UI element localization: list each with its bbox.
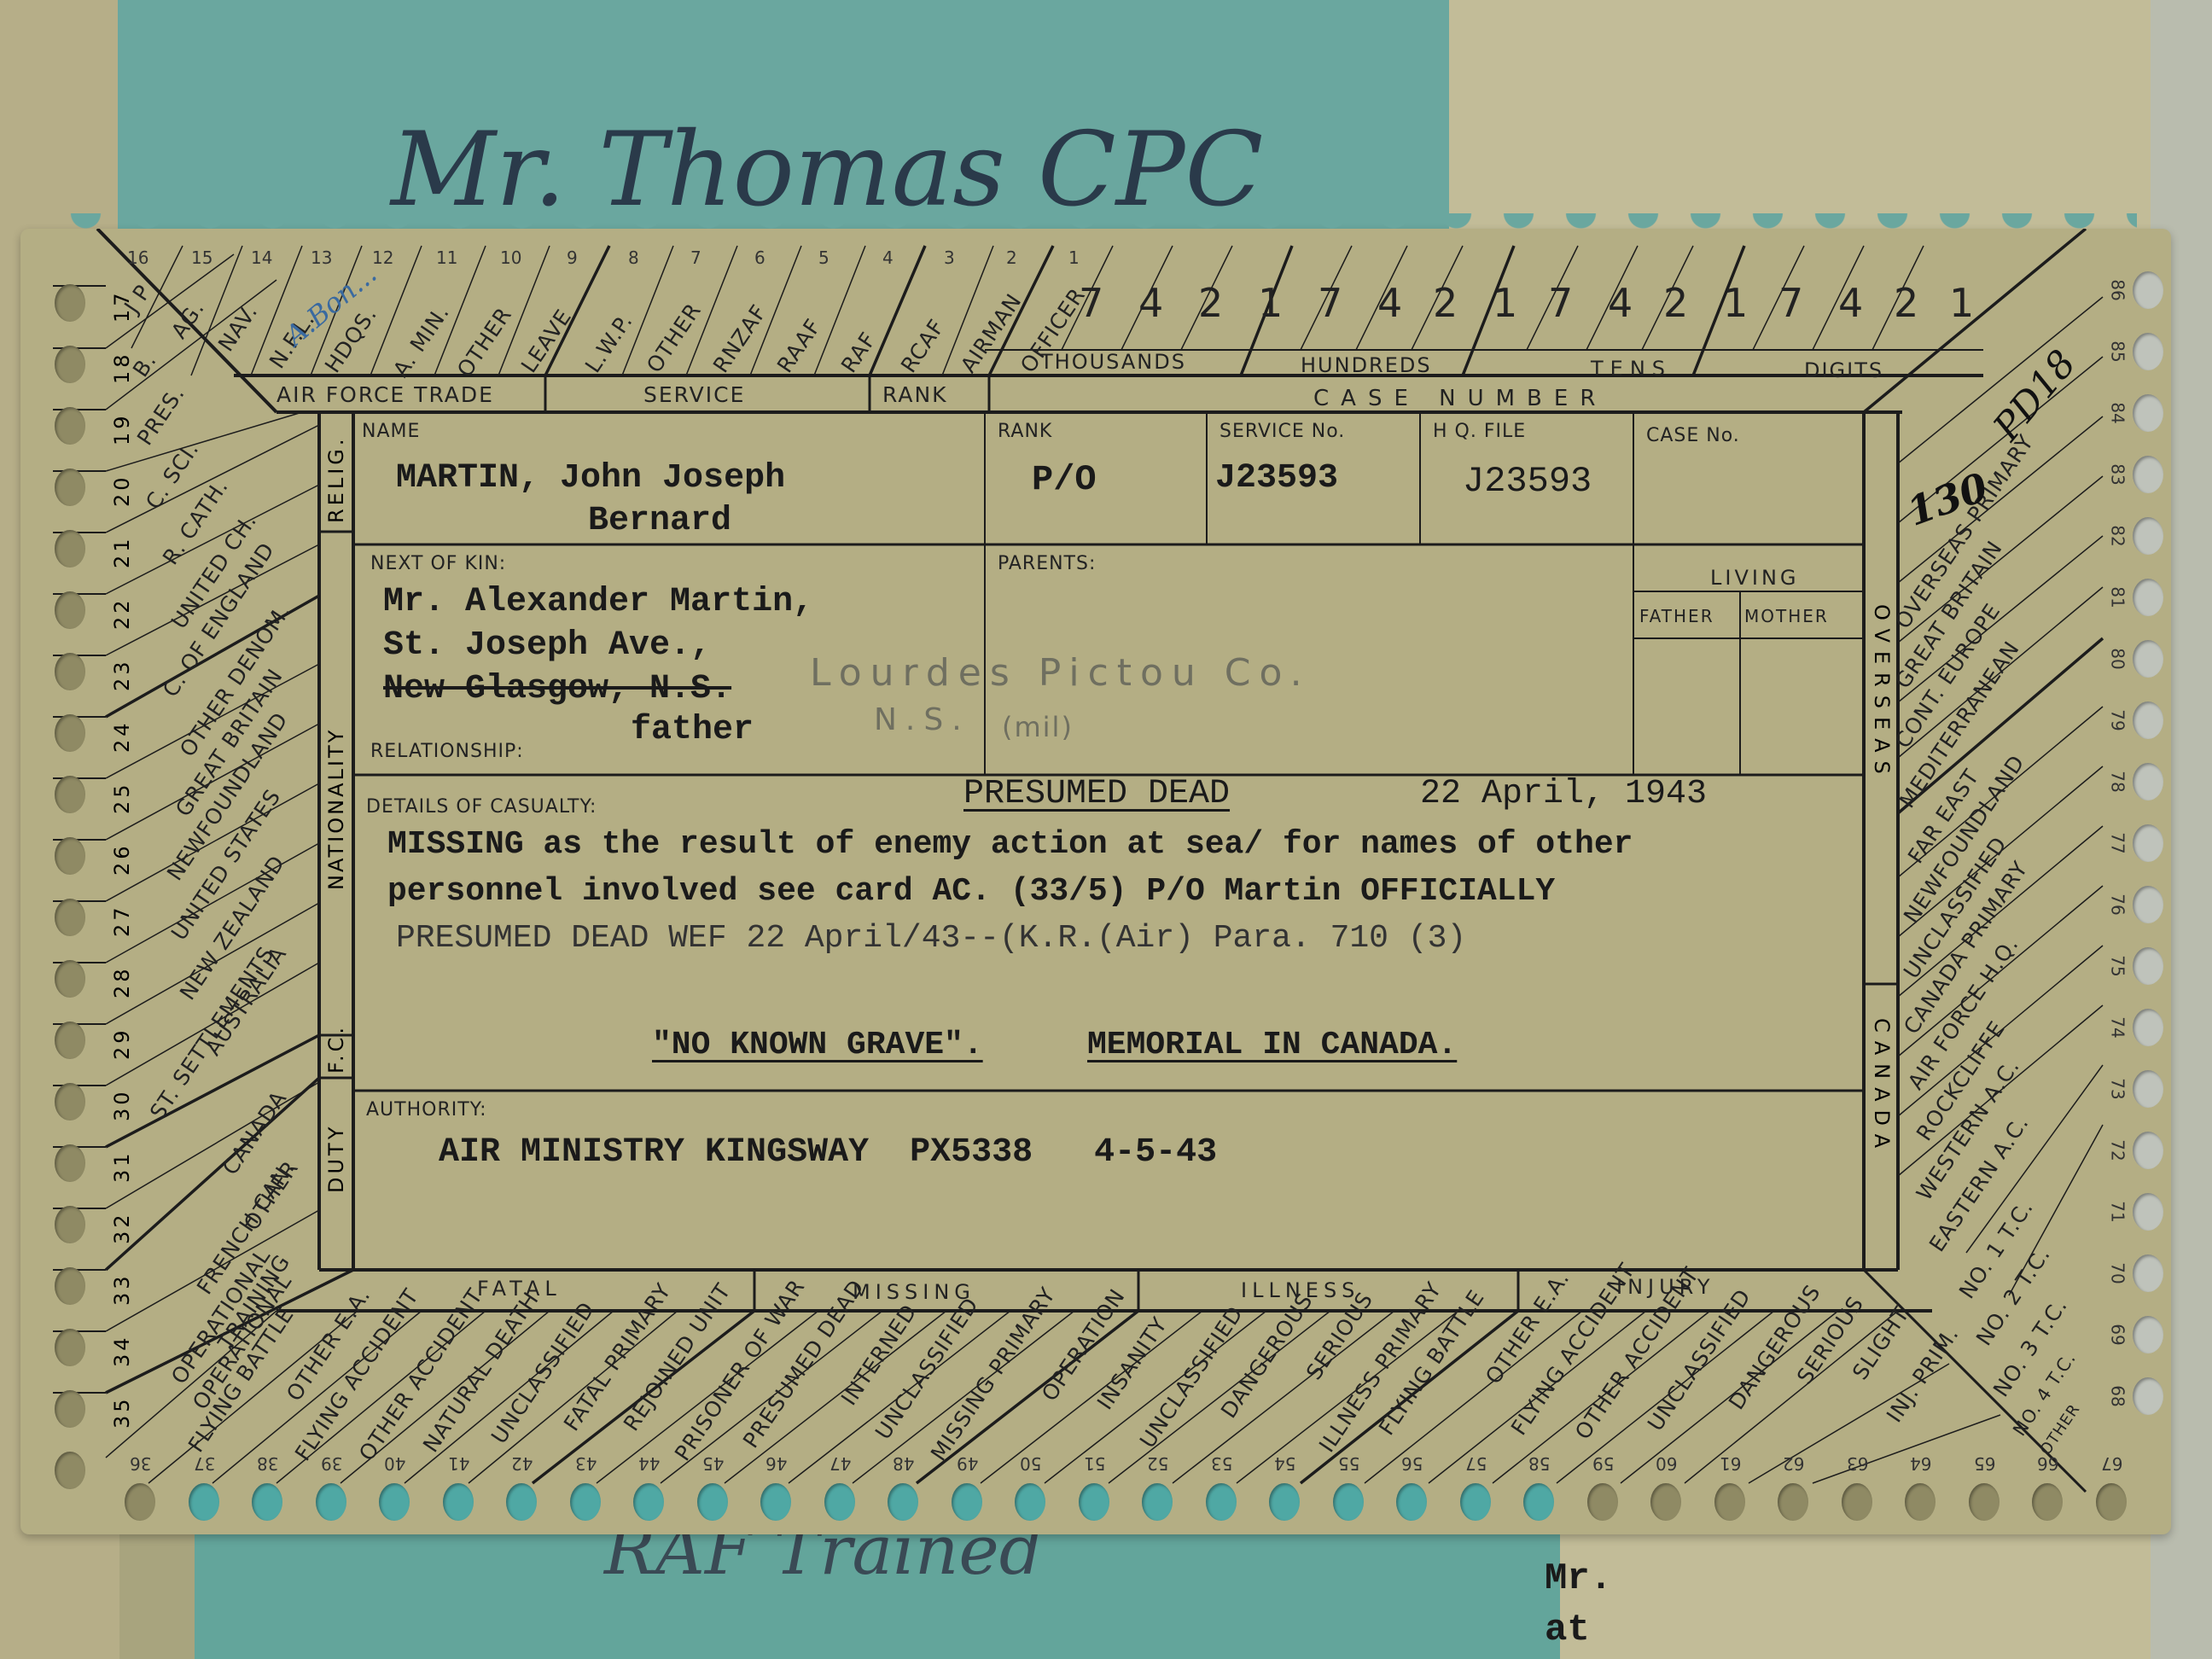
casualty-date: 22 April, 1943	[1420, 775, 1707, 813]
bottom-number: 47	[829, 1453, 851, 1474]
case-digit: 2	[1198, 280, 1223, 326]
punch-hole	[2133, 456, 2163, 493]
punch-hole	[1650, 1483, 1681, 1521]
punch-hole	[55, 284, 85, 322]
case-digit: 4	[1377, 280, 1402, 326]
punch-hole	[1587, 1483, 1618, 1521]
punch-hole	[1269, 1483, 1300, 1521]
punch-hole	[2096, 1483, 2127, 1521]
case-digit: 4	[1138, 280, 1163, 326]
right-number: 74	[2108, 1016, 2128, 1038]
punch-hole	[506, 1483, 537, 1521]
punch-hole	[1396, 1483, 1427, 1521]
punch-hole	[2133, 640, 2163, 678]
punch-hole	[55, 1267, 85, 1305]
section-duty: DUTY	[324, 1124, 348, 1193]
bottom-number: 38	[257, 1453, 278, 1474]
case-digit: 1	[1258, 280, 1283, 326]
bottom-number: 55	[1338, 1453, 1359, 1474]
punch-hole	[1333, 1483, 1364, 1521]
punch-hole	[55, 407, 85, 445]
left-number: 31	[110, 1150, 134, 1183]
punch-hole	[2133, 701, 2163, 739]
top-number: 7	[690, 247, 701, 268]
left-number: 27	[110, 904, 134, 937]
case-no-label: CASE No.	[1646, 425, 1740, 446]
left-number: 24	[110, 719, 134, 753]
punch-hole	[55, 1329, 85, 1366]
bottom-number: 64	[1910, 1453, 1931, 1474]
punch-hole	[1969, 1483, 2000, 1521]
case-digit: 7	[1778, 280, 1803, 326]
top-number: 6	[754, 247, 765, 268]
punch-hole	[2133, 763, 2163, 800]
handwritten-top-note: Mr. Thomas CPC	[391, 111, 1263, 230]
punch-hole	[1206, 1483, 1237, 1521]
case-digit: 1	[1493, 280, 1517, 326]
case-digit: 1	[1723, 280, 1748, 326]
right-number: 84	[2108, 402, 2128, 423]
top-number: 8	[628, 247, 639, 268]
right-number: 73	[2108, 1078, 2128, 1099]
service-no-value: J23593	[1215, 459, 1338, 498]
top-number: 10	[500, 247, 521, 268]
top-number: 16	[127, 247, 148, 268]
kin-line1: Mr. Alexander Martin,	[383, 583, 813, 621]
right-number: 86	[2108, 279, 2128, 300]
bottom-number: 63	[1847, 1453, 1868, 1474]
bottom-number: 62	[1783, 1453, 1804, 1474]
left-number: 29	[110, 1027, 134, 1060]
punch-hole	[2133, 271, 2163, 309]
top-number: 2	[1006, 247, 1017, 268]
punch-hole	[2133, 1377, 2163, 1415]
right-number: 69	[2108, 1324, 2128, 1345]
bottom-number: 67	[2101, 1453, 2122, 1474]
right-number: 80	[2108, 648, 2128, 669]
case-digit: 7	[1548, 280, 1573, 326]
right-number: 81	[2108, 586, 2128, 608]
right-number: 83	[2108, 463, 2128, 485]
bottom-number: 48	[893, 1453, 914, 1474]
punch-hole	[316, 1483, 346, 1521]
punch-hole	[1714, 1483, 1745, 1521]
punch-hole	[824, 1483, 855, 1521]
rank-label: RANK	[998, 421, 1052, 442]
rank-value: P/O	[1032, 459, 1097, 500]
punch-hole	[55, 899, 85, 936]
bottom-number: 36	[130, 1453, 151, 1474]
punch-hole	[2133, 1132, 2163, 1169]
group-digits: DIGITS	[1804, 358, 1883, 382]
bottom-number: 53	[1211, 1453, 1232, 1474]
punch-hole	[888, 1483, 918, 1521]
right-number: 85	[2108, 341, 2128, 362]
bottom-number: 42	[511, 1453, 533, 1474]
bottom-number: 54	[1274, 1453, 1295, 1474]
case-digit: 7	[1318, 280, 1342, 326]
left-number: 25	[110, 781, 134, 814]
kin-line2: St. Joseph Ave.,	[383, 626, 711, 665]
top-number: 9	[567, 247, 578, 268]
relationship-label: RELATIONSHIP:	[370, 741, 524, 762]
casualty-line3: PRESUMED DEAD WEF 22 April/43--(K.R.(Air…	[396, 920, 1466, 957]
punch-hole	[55, 1022, 85, 1059]
bottom-number: 57	[1465, 1453, 1487, 1474]
left-number: 26	[110, 842, 134, 876]
top-number: 12	[372, 247, 393, 268]
punch-hole	[379, 1483, 410, 1521]
right-number: 76	[2108, 894, 2128, 915]
bg-typed-mr: Mr.	[1545, 1557, 1612, 1600]
punch-hole	[55, 837, 85, 875]
punch-hole	[1015, 1483, 1045, 1521]
grave-note: "NO KNOWN GRAVE".	[652, 1027, 983, 1063]
punch-hole	[633, 1483, 664, 1521]
top-number: 5	[818, 247, 829, 268]
left-number: 28	[110, 965, 134, 998]
top-number: 11	[436, 247, 457, 268]
pencil-correction-ns: N.S.	[874, 702, 970, 737]
punch-hole	[55, 591, 85, 629]
section-fc: F.C.	[324, 1024, 348, 1074]
punch-hole	[189, 1483, 219, 1521]
top-number: 14	[251, 247, 272, 268]
bottom-number: 39	[321, 1453, 342, 1474]
casualty-card: 16 15 14 13 12 11 10 9 8 7 6 5 4 3 2 1 J…	[20, 229, 2171, 1534]
left-number: 35	[110, 1395, 134, 1429]
top-number: 15	[191, 247, 212, 268]
punch-hole	[760, 1483, 791, 1521]
case-digit: 1	[1949, 280, 1974, 326]
punch-hole	[55, 1452, 85, 1489]
left-number: 17	[110, 289, 134, 323]
bottom-number: 58	[1528, 1453, 1550, 1474]
punch-hole	[1523, 1483, 1554, 1521]
bottom-number: 65	[1974, 1453, 1995, 1474]
header-service: SERVICE	[643, 382, 745, 407]
casualty-label: DETAILS OF CASUALTY:	[366, 796, 597, 818]
bottom-number: 46	[765, 1453, 787, 1474]
punch-hole	[55, 1083, 85, 1121]
section-nationality: NATIONALITY	[324, 728, 348, 890]
father-label: FATHER	[1639, 606, 1714, 626]
punch-hole	[55, 1390, 85, 1428]
bottom-number: 44	[638, 1453, 660, 1474]
hq-file-label: H Q. FILE	[1433, 421, 1526, 442]
authority-value: AIR MINISTRY KINGSWAY PX5338 4-5-43	[439, 1133, 1217, 1172]
punch-hole	[1778, 1483, 1808, 1521]
case-digit: 7	[1079, 280, 1103, 326]
punch-hole	[570, 1483, 601, 1521]
right-number: 82	[2108, 525, 2128, 546]
right-number: 71	[2108, 1201, 2128, 1222]
kin-line3-struck: New Glasgow, N.S.	[383, 670, 731, 708]
name-line1: MARTIN, John Joseph	[396, 459, 785, 498]
section-canada: CANADA	[1870, 1018, 1894, 1156]
authority-label: AUTHORITY:	[366, 1099, 487, 1121]
punch-hole	[1905, 1483, 1935, 1521]
punch-hole	[252, 1483, 282, 1521]
right-number: 70	[2108, 1262, 2128, 1284]
punch-hole	[2133, 579, 2163, 616]
top-number: 13	[311, 247, 332, 268]
punch-hole	[1460, 1483, 1491, 1521]
bottom-number: 41	[448, 1453, 469, 1474]
bottom-number: 50	[1020, 1453, 1041, 1474]
top-number: 3	[944, 247, 955, 268]
punch-hole	[55, 960, 85, 998]
punch-hole	[697, 1483, 728, 1521]
bottom-number: 59	[1592, 1453, 1614, 1474]
group-hundreds: HUNDREDS	[1301, 353, 1432, 377]
punch-hole	[952, 1483, 982, 1521]
bottom-number: 56	[1401, 1453, 1423, 1474]
left-number: 33	[110, 1272, 134, 1306]
casualty-line1: MISSING as the result of enemy action at…	[387, 826, 1633, 863]
service-no-label: SERVICE No.	[1220, 421, 1345, 442]
punch-hole	[2032, 1483, 2063, 1521]
case-digit: 2	[1433, 280, 1458, 326]
left-number: 22	[110, 597, 134, 630]
punch-hole	[2133, 394, 2163, 432]
parents-label: PARENTS:	[998, 553, 1096, 574]
punch-hole	[2133, 886, 2163, 923]
left-number: 32	[110, 1211, 134, 1244]
bottom-number: 52	[1147, 1453, 1168, 1474]
punch-hole	[1842, 1483, 1872, 1521]
bottom-number: 45	[702, 1453, 724, 1474]
bottom-number: 37	[194, 1453, 215, 1474]
punch-hole	[55, 653, 85, 690]
left-number: 21	[110, 535, 134, 568]
right-number: 78	[2108, 771, 2128, 792]
name-line2: Bernard	[588, 502, 731, 540]
right-number: 72	[2108, 1139, 2128, 1161]
casualty-line2: personnel involved see card AC. (33/5) P…	[387, 873, 1555, 910]
group-thousands: THOUSANDS	[1040, 350, 1186, 374]
punch-hole	[1079, 1483, 1109, 1521]
header-case-number: CASE NUMBER	[1313, 386, 1607, 411]
punch-hole	[2133, 517, 2163, 555]
right-number: 75	[2108, 955, 2128, 976]
left-number: 30	[110, 1088, 134, 1121]
bg-typed-at: at	[1545, 1609, 1590, 1651]
right-number: 77	[2108, 832, 2128, 853]
punch-hole	[2133, 824, 2163, 862]
case-digit: 2	[1894, 280, 1918, 326]
left-number: 34	[110, 1334, 134, 1367]
section-overseas: OVERSEAS	[1870, 604, 1894, 783]
case-digit: 2	[1663, 280, 1688, 326]
bottom-number: 60	[1656, 1453, 1677, 1474]
bottom-number: 49	[957, 1453, 978, 1474]
living-label: LIVING	[1710, 566, 1800, 590]
next-of-kin-label: NEXT OF KIN:	[370, 553, 506, 574]
header-rank: RANK	[882, 382, 948, 407]
punch-hole	[443, 1483, 474, 1521]
punch-hole	[55, 1144, 85, 1182]
section-relig: RELIG.	[324, 435, 348, 523]
hq-file-value: J23593	[1463, 461, 1592, 502]
casualty-status: PRESUMED DEAD	[963, 775, 1230, 813]
right-number: 68	[2108, 1385, 2128, 1406]
bottom-number: 51	[1084, 1453, 1105, 1474]
bottom-number: 40	[384, 1453, 405, 1474]
case-digit: 4	[1838, 280, 1863, 326]
pencil-correction-address: Lourdes Pictou Co.	[810, 651, 1311, 695]
left-number: 23	[110, 658, 134, 691]
punch-hole	[2133, 1316, 2163, 1353]
punch-hole	[125, 1483, 155, 1521]
memorial-note: MEMORIAL IN CANADA.	[1087, 1027, 1457, 1063]
punch-hole	[2133, 1070, 2163, 1108]
punch-hole	[55, 776, 85, 813]
punch-hole	[2133, 1193, 2163, 1231]
header-air-force-trade: AIR FORCE TRADE	[276, 382, 494, 407]
mother-label: MOTHER	[1744, 606, 1829, 626]
top-number: 4	[882, 247, 894, 268]
punch-hole	[55, 714, 85, 752]
punch-hole	[1142, 1483, 1173, 1521]
punch-hole	[2133, 1009, 2163, 1046]
group-tens: TENS	[1591, 357, 1672, 381]
bottom-number: 61	[1720, 1453, 1741, 1474]
punch-hole	[55, 346, 85, 383]
case-digit: 4	[1608, 280, 1633, 326]
relationship-value: father	[631, 711, 754, 749]
punch-hole	[2133, 947, 2163, 985]
right-number: 79	[2108, 709, 2128, 731]
pencil-correction-note: (mil)	[1002, 711, 1074, 743]
name-label: NAME	[362, 421, 420, 442]
left-number: 20	[110, 474, 134, 507]
punch-hole	[2133, 1254, 2163, 1292]
punch-hole	[2133, 333, 2163, 370]
bottom-number: 43	[575, 1453, 597, 1474]
left-number: 19	[110, 412, 134, 445]
punch-hole	[55, 1206, 85, 1243]
punch-hole	[55, 530, 85, 568]
punch-hole	[55, 469, 85, 506]
top-number: 1	[1068, 247, 1080, 268]
